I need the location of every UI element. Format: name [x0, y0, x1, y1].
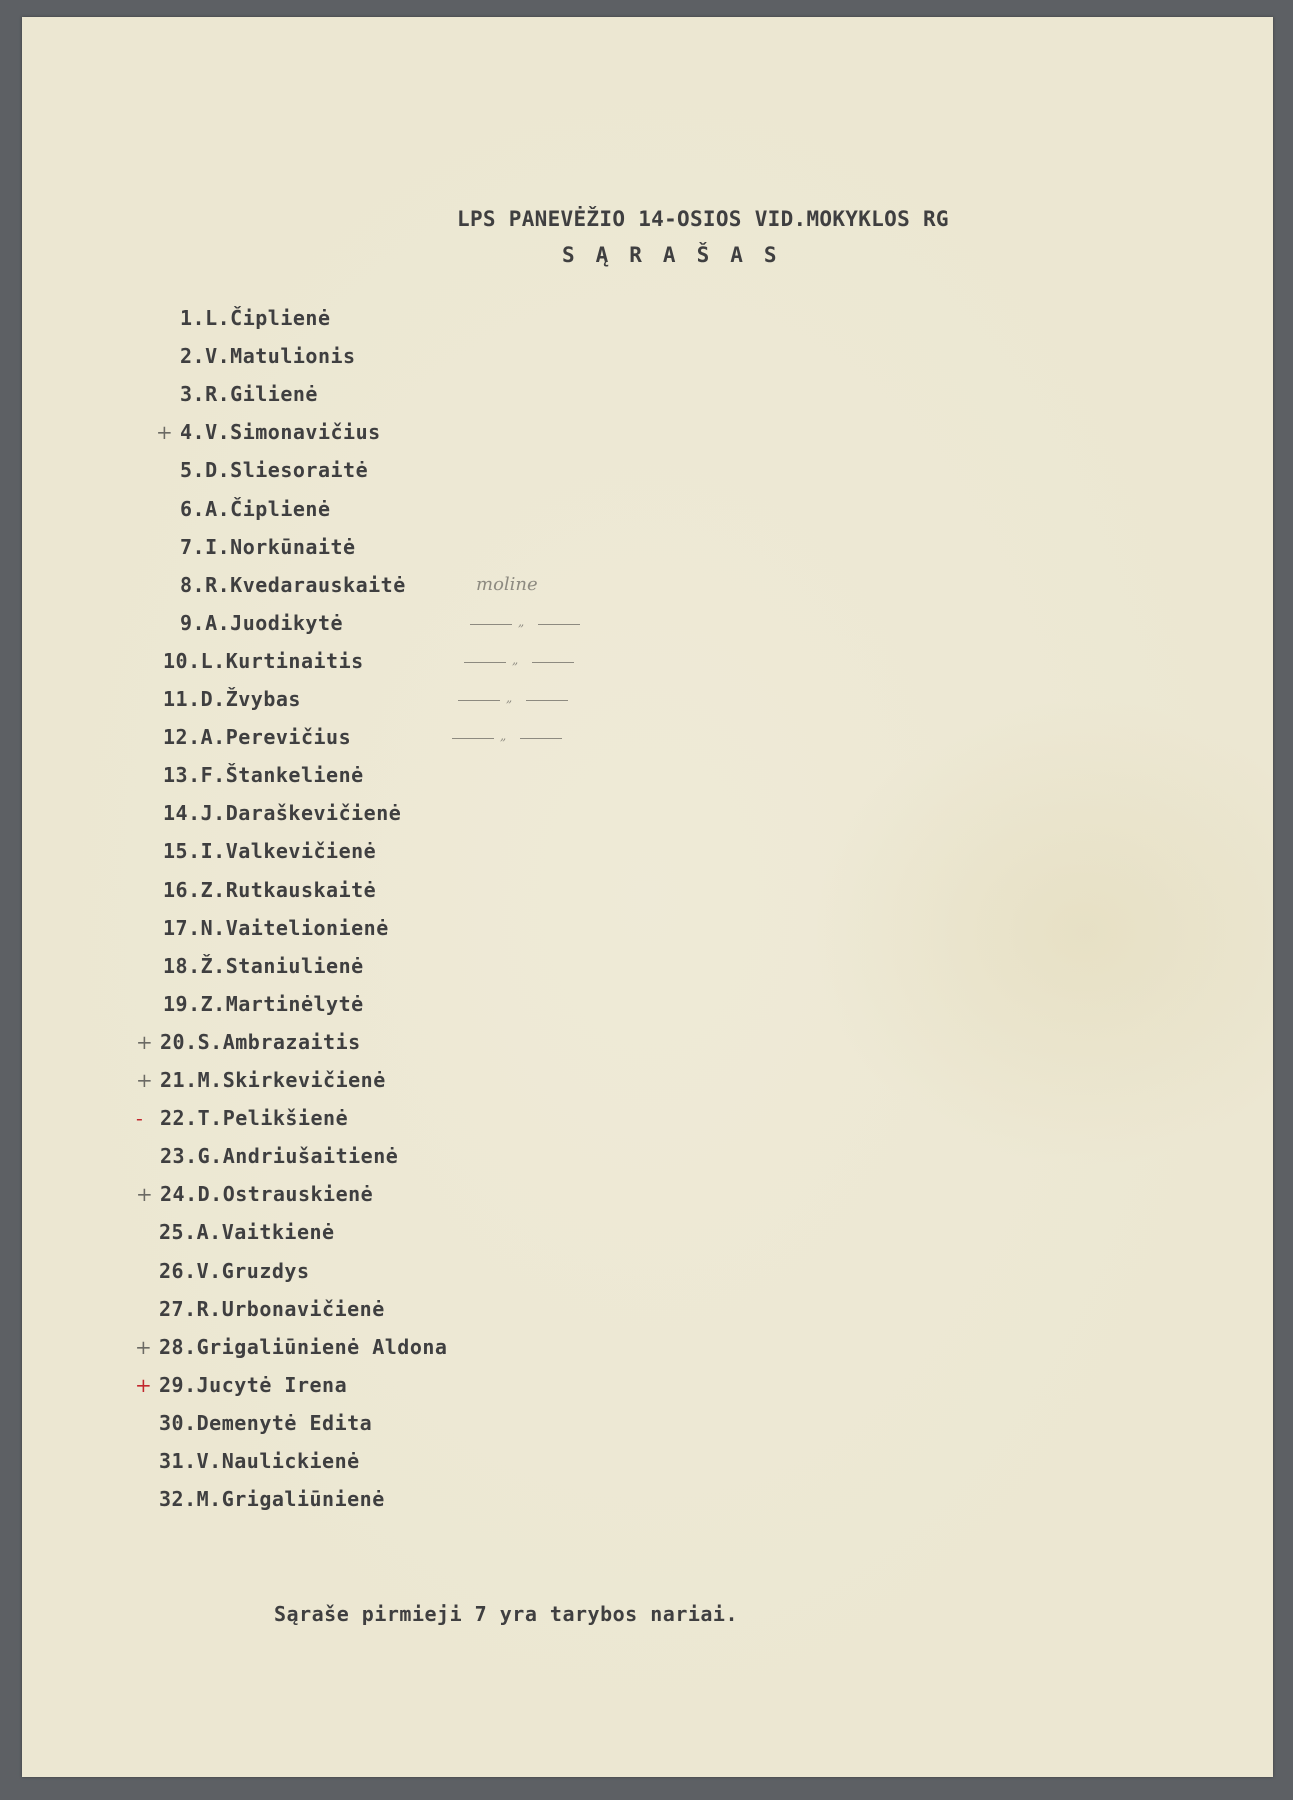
list-item: 19.Z.Martinėlytė: [163, 991, 364, 1017]
list-item: 7.I.Norkūnaitė: [180, 534, 356, 560]
plus-mark-icon: +: [135, 1372, 152, 1398]
list-item: 28.Grigaliūnienė Aldona: [159, 1334, 447, 1360]
list-item: 18.Ž.Staniulienė: [163, 953, 364, 979]
plus-mark-icon: +: [136, 1067, 153, 1093]
list-item: 17.N.Vaitelionienė: [163, 915, 389, 941]
list-item: 24.D.Ostrauskienė: [160, 1181, 373, 1207]
plus-mark-icon: +: [136, 1029, 153, 1055]
list-item: 21.M.Skirkevičienė: [160, 1067, 386, 1093]
list-item: 14.J.Daraškevičienė: [163, 800, 401, 826]
list-item: 22.T.Pelikšienė: [160, 1105, 348, 1131]
document-title: LPS PANEVĖŽIO 14-OSIOS VID.MOKYKLOS RG: [457, 207, 949, 231]
ditto-mark-icon: „: [470, 618, 580, 632]
list-item: 9.A.Juodikytė: [180, 610, 343, 636]
list-item: 12.A.Perevičius: [163, 724, 351, 750]
list-item: 27.R.Urbonavičienė: [159, 1296, 385, 1322]
document-subtitle: SĄRAŠAS: [562, 243, 798, 267]
plus-mark-icon: +: [156, 419, 173, 445]
plus-mark-icon: +: [135, 1334, 152, 1360]
ditto-mark-icon: „: [458, 694, 568, 708]
list-item: 29.Jucytė Irena: [159, 1372, 347, 1398]
list-item: 25.A.Vaitkienė: [159, 1219, 335, 1245]
list-item: 20.S.Ambrazaitis: [160, 1029, 361, 1055]
list-item: 10.L.Kurtinaitis: [163, 648, 364, 674]
document-page: LPS PANEVĖŽIO 14-OSIOS VID.MOKYKLOS RG S…: [22, 17, 1273, 1777]
list-item: 5.D.Sliesoraitė: [180, 457, 368, 483]
list-item: 8.R.Kvedarauskaitė: [180, 572, 406, 598]
list-item: 6.A.Čiplienė: [180, 496, 331, 522]
list-item: 16.Z.Rutkauskaitė: [163, 877, 376, 903]
dash-mark-icon: -: [136, 1105, 143, 1131]
list-item: 23.G.Andriušaitienė: [160, 1143, 398, 1169]
list-item: 1.L.Čiplienė: [180, 305, 331, 331]
list-item: 2.V.Matulionis: [180, 343, 356, 369]
list-item: 26.V.Gruzdys: [159, 1258, 310, 1284]
footer-note: Sąraše pirmieji 7 yra tarybos nariai.: [274, 1602, 738, 1626]
list-item: 13.F.Štankelienė: [163, 762, 364, 788]
list-item: 32.M.Grigaliūnienė: [159, 1486, 385, 1512]
plus-mark-icon: +: [136, 1181, 153, 1207]
list-item: 11.D.Žvybas: [163, 686, 301, 712]
list-item: 30.Demenytė Edita: [159, 1410, 372, 1436]
list-item: 4.V.Simonavičius: [180, 419, 381, 445]
list-item: 15.I.Valkevičienė: [163, 838, 376, 864]
ditto-mark-icon: „: [464, 656, 574, 670]
list-item: 31.V.Naulickienė: [159, 1448, 360, 1474]
handwritten-annotation: moline: [476, 574, 538, 595]
list-item: 3.R.Gilienė: [180, 381, 318, 407]
ditto-mark-icon: „: [452, 732, 562, 746]
